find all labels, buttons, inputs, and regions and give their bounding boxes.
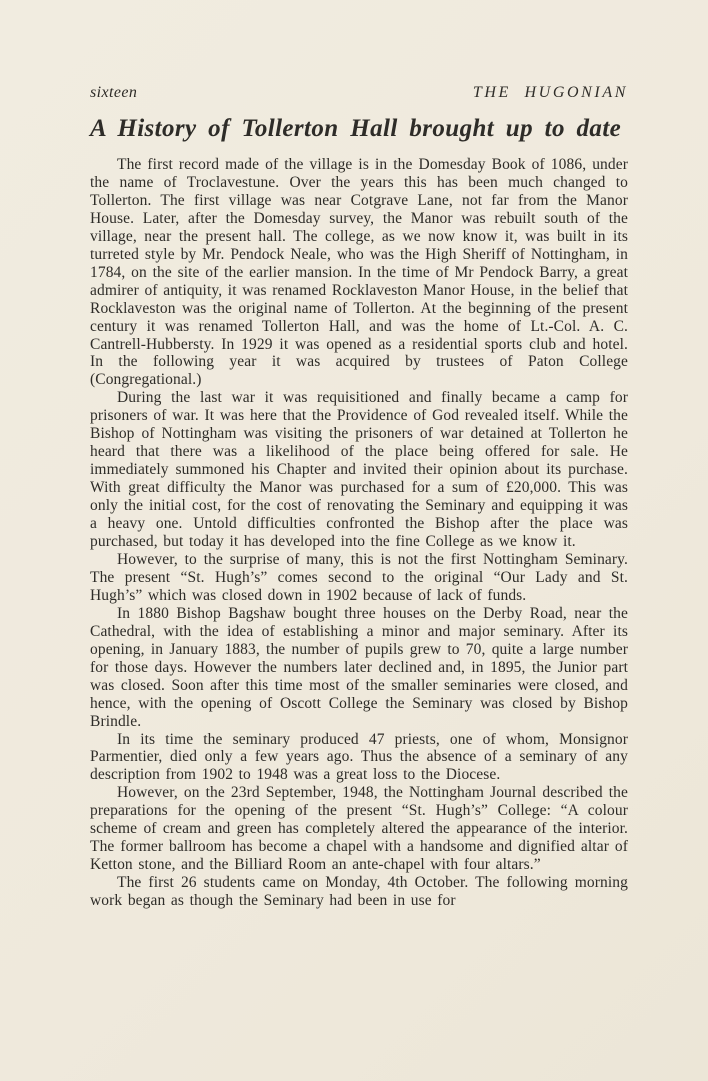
paragraph: The first record made of the village is …	[90, 156, 628, 389]
running-head: sixteen THE HUGONIAN	[90, 84, 628, 102]
paragraph: However, on the 23rd September, 1948, th…	[90, 784, 628, 874]
paragraph: The first 26 students came on Monday, 4t…	[90, 874, 628, 910]
paragraph: However, to the surprise of many, this i…	[90, 551, 628, 605]
paragraph: In 1880 Bishop Bagshaw bought three hous…	[90, 605, 628, 731]
paragraph: During the last war it was requisitioned…	[90, 389, 628, 551]
article-body: The first record made of the village is …	[90, 156, 628, 910]
paragraph: In its time the seminary produced 47 pri…	[90, 731, 628, 785]
scanned-page: sixteen THE HUGONIAN A History of Toller…	[0, 0, 708, 1081]
article-title: A History of Tollerton Hall brought up t…	[90, 115, 628, 143]
page-number: sixteen	[90, 84, 137, 102]
journal-title: THE HUGONIAN	[473, 84, 628, 102]
